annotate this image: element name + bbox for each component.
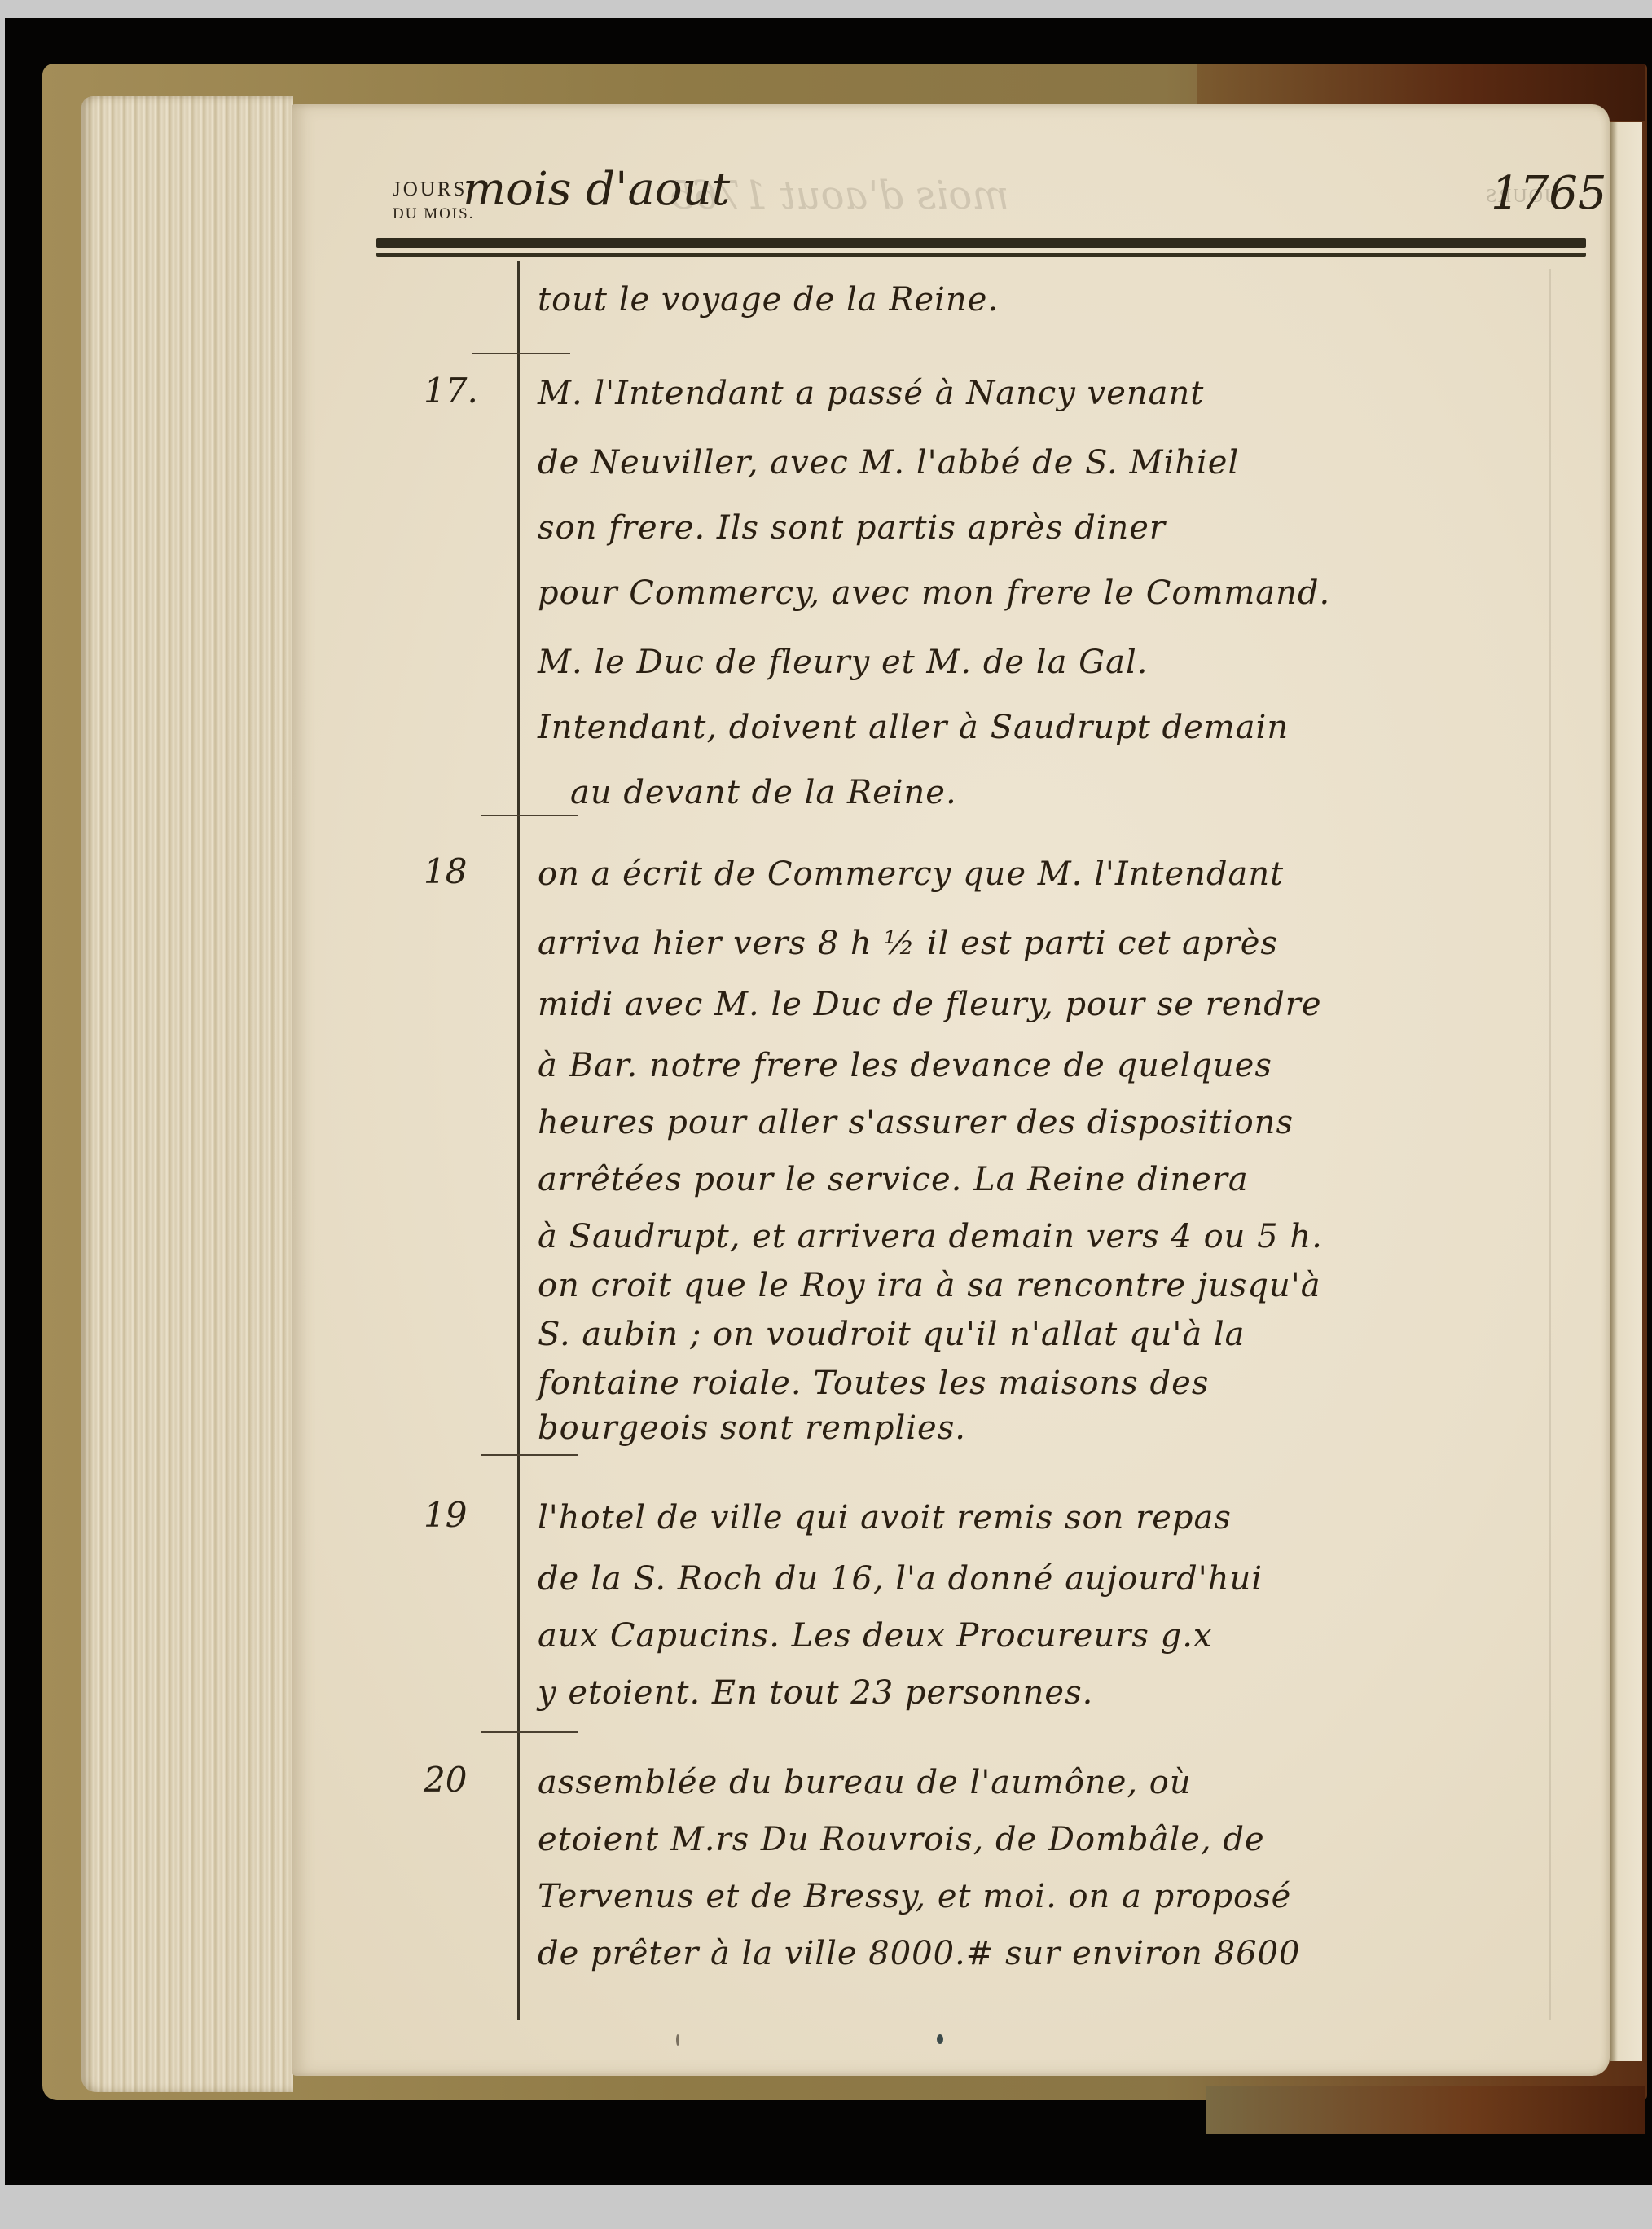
entry-line: de Neuviller, avec M. l'abbé de S. Mihie… xyxy=(538,444,1239,481)
entry-line: arrêtées pour le service. La Reine diner… xyxy=(538,1161,1249,1198)
entry-line: M. le Duc de fleury et M. de la Gal. xyxy=(538,644,1148,681)
entry-line: à Saudrupt, et arrivera demain vers 4 ou… xyxy=(538,1218,1323,1255)
entry-line: son frere. Ils sont partis après diner xyxy=(538,509,1166,547)
entry-line: M. l'Intendant a passé à Nancy venant xyxy=(538,375,1204,412)
entry-separator xyxy=(481,1731,578,1733)
entry-separator xyxy=(481,1454,578,1456)
cover-leather-bottom xyxy=(1206,2086,1645,2134)
month-heading: mois d'aout xyxy=(463,163,730,216)
entry-separator xyxy=(472,353,570,354)
page-stack-edge xyxy=(81,96,293,2092)
entry-line: on a écrit de Commercy que M. l'Intendan… xyxy=(538,855,1284,893)
entry-line: bourgeois sont remplies. xyxy=(538,1409,966,1447)
facing-page-edge xyxy=(1610,122,1642,2061)
entry-line: y etoient. En tout 23 personnes. xyxy=(538,1674,1093,1712)
header-rule-thick xyxy=(376,238,1586,248)
entry-line: midi avec M. le Duc de fleury, pour se r… xyxy=(538,986,1322,1023)
entry-separator xyxy=(481,815,578,816)
entry-line: heures pour aller s'assurer des disposit… xyxy=(538,1104,1294,1141)
entry-line: S. aubin ; on voudroit qu'il n'allat qu'… xyxy=(538,1316,1246,1353)
day-number: 20 xyxy=(424,1760,467,1800)
day-number: 19 xyxy=(424,1495,467,1535)
entry-line: on croit que le Roy ira à sa rencontre j… xyxy=(538,1267,1321,1304)
entry-line: au devant de la Reine. xyxy=(570,774,957,811)
entry-line: de prêter à la ville 8000.# sur environ … xyxy=(538,1935,1300,1972)
entry-line: à Bar. notre frere les devance de quelqu… xyxy=(538,1047,1272,1084)
header-rule-thin xyxy=(376,253,1586,257)
entry-line: arriva hier vers 8 h ½ il est parti cet … xyxy=(538,925,1278,962)
entry-line: fontaine roiale. Toutes les maisons des xyxy=(538,1365,1209,1402)
entry-line: assemblée du bureau de l'aumône, où xyxy=(538,1764,1192,1801)
entry-line: etoient M.rs Du Rouvrois, de Dombâle, de xyxy=(538,1821,1265,1858)
year-heading: 1765 xyxy=(1491,167,1607,220)
entry-line: pour Commercy, avec mon frere le Command… xyxy=(538,574,1330,612)
day-number: 18 xyxy=(424,851,467,891)
bleed-through-rule xyxy=(1549,269,1551,2020)
entry-line: aux Capucins. Les deux Procureurs g.x xyxy=(538,1617,1212,1655)
entry-line: tout le voyage de la Reine. xyxy=(538,281,999,319)
entry-line: Tervenus et de Bressy, et moi. on a prop… xyxy=(538,1878,1291,1915)
entry-line: l'hotel de ville qui avoit remis son rep… xyxy=(538,1499,1232,1537)
margin-rule xyxy=(517,261,520,2020)
ink-spot xyxy=(937,2034,943,2044)
entry-line: Intendant, doivent aller à Saudrupt dema… xyxy=(538,709,1289,746)
entry-line: de la S. Roch du 16, l'a donné aujourd'h… xyxy=(538,1560,1263,1598)
day-number: 17. xyxy=(424,371,478,411)
ink-spot xyxy=(676,2034,679,2046)
